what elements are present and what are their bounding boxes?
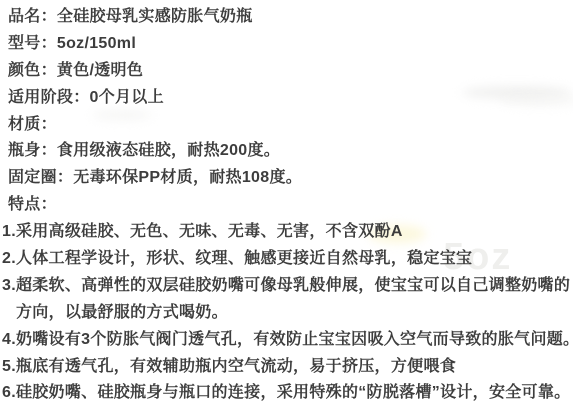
product-spec-text: 品名：全硅胶母乳实感防胀气奶瓶 型号：5oz/150ml 颜色：黄色/透明色 适… (0, 4, 573, 407)
line-feature-5: 5.瓶底有透气孔，有效辅助瓶内空气流动，易于挤压，方便喂食 (0, 354, 573, 381)
line-stage: 适用阶段：0个月以上 (0, 85, 573, 112)
line-feature-3-continuation: 方向，以最舒服的方式喝奶。 (0, 300, 573, 327)
line-feature-4: 4.奶嘴设有3个防胀气阀门透气孔，有效防止宝宝因吸入空气而导致的胀气问题。 (0, 327, 573, 354)
product-description-page: 5oz 品名：全硅胶母乳实感防胀气奶瓶 型号：5oz/150ml 颜色：黄色/透… (0, 0, 573, 408)
line-feature-1: 1.采用高级硅胶、无色、无味、无毒、无害，不含双酚A (0, 219, 573, 246)
line-bottle-body: 瓶身：食用级液态硅胶，耐热200度。 (0, 138, 573, 165)
line-feature-3: 3.超柔软、高弹性的双层硅胶奶嘴可像母乳般伸展，使宝宝可以自己调整奶嘴的 (0, 273, 573, 300)
line-color: 颜色：黄色/透明色 (0, 58, 573, 85)
line-fixing-ring: 固定圈：无毒环保PP材质，耐热108度。 (0, 165, 573, 192)
line-feature-2: 2.人体工程学设计，形状、纹理、触感更接近自然母乳，稳定宝宝 (0, 246, 573, 273)
line-material-heading: 材质： (0, 112, 573, 139)
line-model: 型号：5oz/150ml (0, 31, 573, 58)
line-product-name: 品名：全硅胶母乳实感防胀气奶瓶 (0, 4, 573, 31)
line-feature-6: 6.硅胶奶嘴、硅胶瓶身与瓶口的连接，采用特殊的“防脱落槽”设计，安全可靠。 (0, 380, 573, 407)
line-features-heading: 特点： (0, 192, 573, 219)
